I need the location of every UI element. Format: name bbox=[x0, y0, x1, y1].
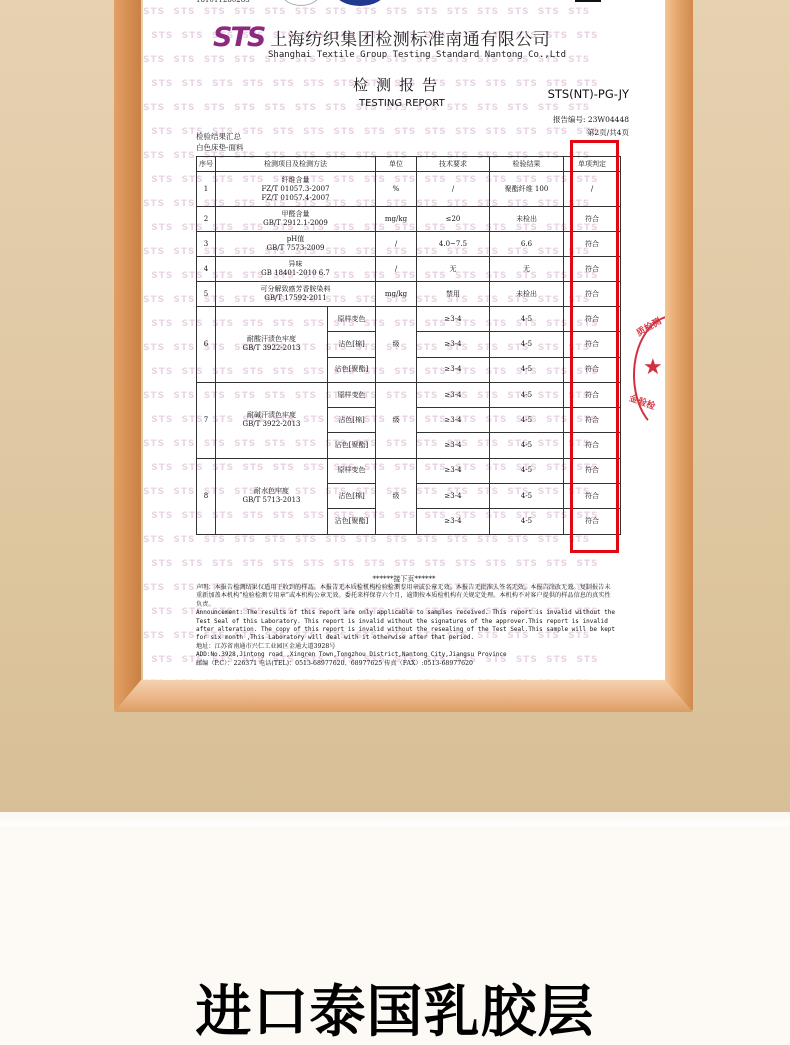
table-row: 1纤维含量FZ/T 01057.3-2007FZ/T 01057.4-2007%… bbox=[197, 172, 621, 207]
table-row: 8耐水色牢度GB/T 5713-2013原样变色级≥3-44-5符合 bbox=[197, 458, 621, 483]
cell-no: 6 bbox=[197, 307, 216, 383]
company-name-cn: 上海纺织集团检测标准南通有限公司 bbox=[270, 25, 550, 50]
test-report-paper: STS STS STS STS STS STS STS STS STS STS … bbox=[143, 0, 665, 680]
cell-verdict: 符合 bbox=[564, 484, 621, 509]
cell-unit: mg/kg bbox=[376, 282, 417, 307]
cell-requirement: ≥3-4 bbox=[417, 458, 490, 483]
cell-requirement: ≤20 bbox=[417, 207, 490, 232]
official-stamp: 质检测 ★ 金验检 bbox=[623, 300, 665, 450]
address-cn: 地址：江苏省南通市兴仁工业园区金通大道3928号 bbox=[196, 643, 616, 651]
cell-result: 未检出 bbox=[490, 207, 564, 232]
cell-requirement: ≥3-4 bbox=[417, 357, 490, 382]
certification-seal-icon bbox=[281, 0, 321, 6]
section-title: 进口泰国乳胶层 bbox=[0, 978, 790, 1045]
cell-requirement: 禁用 bbox=[417, 282, 490, 307]
page-number: 第2页/共4页 bbox=[587, 127, 629, 138]
table-row: 7耐碱汗渍色牢度GB/T 3922-2013原样变色级≥3-44-5符合 bbox=[197, 382, 621, 407]
report-statement: 声明：本报告检测结果仅适用于收到的样品。本报告无本质检机构检验检测专用章或公章无… bbox=[196, 584, 616, 668]
cell-result: 未检出 bbox=[490, 282, 564, 307]
cell-item: 可分解致癌芳香胺染料GB/T 17592-2011 bbox=[216, 282, 376, 307]
cell-result: 4-5 bbox=[490, 458, 564, 483]
certificate-backdrop: STS STS STS STS STS STS STS STS STS STS … bbox=[0, 0, 790, 812]
cell-requirement: ≥3-4 bbox=[417, 382, 490, 407]
cell-verdict: 符合 bbox=[564, 232, 621, 257]
cell-verdict: 符合 bbox=[564, 307, 621, 332]
cell-sub-item: 沾色[棉] bbox=[328, 484, 376, 509]
header-requirement: 技术要求 bbox=[417, 157, 490, 172]
cell-result: 聚酯纤维 100 bbox=[490, 172, 564, 207]
frame-right-edge bbox=[665, 0, 693, 710]
header-unit: 单位 bbox=[376, 157, 417, 172]
cell-requirement: ≥3-4 bbox=[417, 332, 490, 357]
cnas-seal-icon bbox=[335, 0, 385, 6]
cell-verdict: 符合 bbox=[564, 509, 621, 534]
report-title-cn: 检测报告 bbox=[353, 74, 445, 95]
cell-sub-item: 沾色[聚酯] bbox=[328, 433, 376, 458]
cell-requirement: ≥3-4 bbox=[417, 433, 490, 458]
table-row: 5可分解致癌芳香胺染料GB/T 17592-2011mg/kg禁用未检出符合 bbox=[197, 282, 621, 307]
sample-name: 白色床垫-面料 bbox=[196, 142, 244, 153]
cell-item: 纤维含量FZ/T 01057.3-2007FZ/T 01057.4-2007 bbox=[216, 172, 376, 207]
summary-title: 检验结果汇总 bbox=[196, 131, 244, 142]
qr-code-icon bbox=[575, 0, 601, 2]
cell-unit: 级 bbox=[376, 382, 417, 458]
cell-verdict: 符合 bbox=[564, 332, 621, 357]
cell-unit: 级 bbox=[376, 307, 417, 383]
cell-no: 7 bbox=[197, 382, 216, 458]
continued-notice: ******接下页****** bbox=[143, 574, 665, 584]
cell-no: 1 bbox=[197, 172, 216, 207]
cell-requirement: / bbox=[417, 172, 490, 207]
frame-left-edge bbox=[114, 0, 141, 710]
cell-no: 8 bbox=[197, 458, 216, 534]
header-result: 检验结果 bbox=[490, 157, 564, 172]
cell-sub-item: 沾色[棉] bbox=[328, 332, 376, 357]
cell-no: 4 bbox=[197, 257, 216, 282]
cell-no: 3 bbox=[197, 232, 216, 257]
cell-verdict: 符合 bbox=[564, 207, 621, 232]
cell-unit: 级 bbox=[376, 458, 417, 534]
cell-result: 4-5 bbox=[490, 332, 564, 357]
cell-item: 耐水色牢度GB/T 5713-2013 bbox=[216, 458, 328, 534]
results-table: 序号 检测项目及检测方法 单位 技术要求 检验结果 单项判定 1纤维含量FZ/T… bbox=[196, 156, 621, 535]
star-icon: ★ bbox=[643, 355, 663, 380]
cell-verdict: 符合 bbox=[564, 382, 621, 407]
table-row: 2甲醛含量GB/T 2912.1-2009mg/kg≤20未检出符合 bbox=[197, 207, 621, 232]
table-row: 6耐酸汗渍色牢度GB/T 3922-2013原样变色级≥3-44-5符合 bbox=[197, 307, 621, 332]
cell-result: 4-5 bbox=[490, 433, 564, 458]
cell-sub-item: 沾色[聚酯] bbox=[328, 357, 376, 382]
cell-verdict: / bbox=[564, 172, 621, 207]
address-en: ADD:No.3928,Jintong road ,Xingren Town,T… bbox=[196, 651, 616, 659]
cell-verdict: 符合 bbox=[564, 408, 621, 433]
cell-requirement: 4.0~7.5 bbox=[417, 232, 490, 257]
statement-cn: 声明：本报告检测结果仅适用于收到的样品。本报告无本质检机构检验检测专用章或公章无… bbox=[196, 584, 616, 609]
cell-sub-item: 沾色[聚酯] bbox=[328, 509, 376, 534]
cell-result: 4-5 bbox=[490, 509, 564, 534]
cell-unit: / bbox=[376, 257, 417, 282]
header-no: 序号 bbox=[197, 157, 216, 172]
cell-item: 耐酸汗渍色牢度GB/T 3922-2013 bbox=[216, 307, 328, 383]
cell-result: 4-5 bbox=[490, 408, 564, 433]
table-row: 3pH值GB/T 7573-2009/4.0~7.56.6符合 bbox=[197, 232, 621, 257]
cell-sub-item: 原样变色 bbox=[328, 307, 376, 332]
report-number: 报告编号: 23W04448 bbox=[553, 114, 629, 125]
cell-requirement: ≥3-4 bbox=[417, 484, 490, 509]
statement-en: Announcement: The results of this report… bbox=[196, 609, 616, 643]
frame-bottom-edge bbox=[114, 680, 693, 712]
cell-unit: / bbox=[376, 232, 417, 257]
cell-result: 4-5 bbox=[490, 357, 564, 382]
cell-requirement: ≥3-4 bbox=[417, 509, 490, 534]
cell-verdict: 符合 bbox=[564, 282, 621, 307]
company-name-en: Shanghai Textile Group Testing Standard … bbox=[268, 50, 566, 60]
contact-info: 邮编（P.C）：226371 电话(TEL)：0513-68977620、689… bbox=[196, 660, 616, 668]
cell-item: 异味GB 18401-2010 6.7 bbox=[216, 257, 376, 282]
cell-requirement: ≥3-4 bbox=[417, 408, 490, 433]
cell-verdict: 符合 bbox=[564, 257, 621, 282]
table-header-row: 序号 检测项目及检测方法 单位 技术要求 检验结果 单项判定 bbox=[197, 157, 621, 172]
cell-unit: mg/kg bbox=[376, 207, 417, 232]
cell-verdict: 符合 bbox=[564, 458, 621, 483]
header-verdict: 单项判定 bbox=[564, 157, 621, 172]
cell-verdict: 符合 bbox=[564, 357, 621, 382]
cell-item: 耐碱汗渍色牢度GB/T 3922-2013 bbox=[216, 382, 328, 458]
cell-item: pH值GB/T 7573-2009 bbox=[216, 232, 376, 257]
top-strip-number: 18101T280283 bbox=[196, 0, 250, 4]
section-divider bbox=[0, 812, 790, 826]
sts-logo: STS bbox=[213, 24, 264, 51]
cell-sub-item: 沾色[棉] bbox=[328, 408, 376, 433]
cell-requirement: ≥3-4 bbox=[417, 307, 490, 332]
cell-unit: % bbox=[376, 172, 417, 207]
report-title-en: TESTING REPORT bbox=[359, 98, 445, 109]
cell-requirement: 无 bbox=[417, 257, 490, 282]
summary-heading: 检验结果汇总 白色床垫-面料 bbox=[196, 131, 244, 153]
cell-item: 甲醛含量GB/T 2912.1-2009 bbox=[216, 207, 376, 232]
report-code: STS(NT)-PG-JY bbox=[548, 87, 629, 101]
cell-result: 6.6 bbox=[490, 232, 564, 257]
cell-verdict: 符合 bbox=[564, 433, 621, 458]
cell-result: 4-5 bbox=[490, 307, 564, 332]
cell-no: 5 bbox=[197, 282, 216, 307]
cell-no: 2 bbox=[197, 207, 216, 232]
company-header: STS 上海纺织集团检测标准南通有限公司 bbox=[213, 24, 550, 51]
cell-result: 4-5 bbox=[490, 484, 564, 509]
table-row: 4异味GB 18401-2010 6.7/无无符合 bbox=[197, 257, 621, 282]
cell-result: 4-5 bbox=[490, 382, 564, 407]
cell-result: 无 bbox=[490, 257, 564, 282]
header-item: 检测项目及检测方法 bbox=[216, 157, 376, 172]
cell-sub-item: 原样变色 bbox=[328, 382, 376, 407]
cell-sub-item: 原样变色 bbox=[328, 458, 376, 483]
